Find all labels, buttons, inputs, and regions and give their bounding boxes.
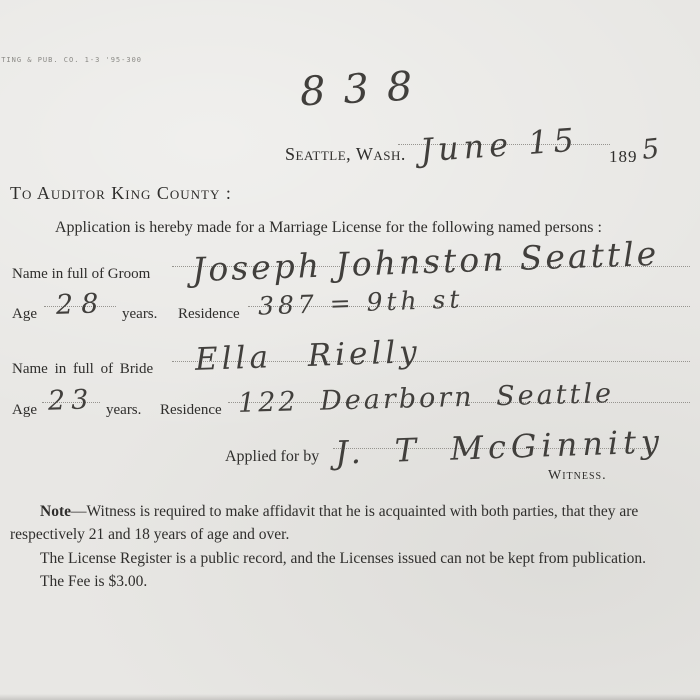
note-word: Note	[40, 503, 71, 520]
application-statement: Application is hereby made for a Marriag…	[55, 219, 602, 237]
fee-line: The Fee is $3.00.	[40, 573, 147, 591]
dateline-year-printed: 189	[609, 147, 638, 167]
dateline-date-handwritten: June 15	[419, 121, 580, 170]
bride-years-label: years.	[106, 402, 141, 419]
dateline-year-handwritten: 5	[640, 133, 662, 166]
applied-for-by-label: Applied for by	[225, 448, 319, 466]
groom-years-label: years.	[122, 306, 157, 323]
witness-signature-handwritten: J. T McGinnity	[334, 422, 664, 471]
groom-residence-handwritten: 387 = 9th st	[258, 284, 464, 320]
note-paragraph: Note—Witness is required to make affidav…	[10, 500, 692, 546]
marriage-license-application-scan: NTING & PUB. CO. 1-3 '95-300 838 Seattle…	[0, 0, 700, 700]
bride-age-label: Age	[12, 402, 37, 419]
groom-residence-label: Residence	[178, 306, 240, 323]
bride-residence-label: Residence	[160, 402, 222, 419]
printer-mark: NTING & PUB. CO. 1-3 '95-300	[0, 56, 142, 64]
register-publication-line: The License Register is a public record,…	[40, 550, 646, 568]
scan-bottom-edge	[0, 694, 700, 700]
register-number-handwritten: 838	[299, 63, 432, 116]
groom-name-handwritten: Joseph Johnston Seattle	[191, 234, 659, 289]
bride-name-label: Name in full of Bride	[12, 361, 153, 378]
bride-residence-handwritten: 122 Dearborn Seattle	[238, 378, 615, 419]
witness-label: Witness.	[548, 468, 607, 484]
bride-name-handwritten: Ella Rielly	[194, 334, 421, 378]
note-text: —Witness is required to make affidavit t…	[10, 503, 638, 543]
dateline-place-label: Seattle, Wash.	[285, 144, 406, 165]
groom-age-label: Age	[12, 306, 37, 323]
addressee-line: To Auditor King County :	[10, 183, 232, 204]
groom-age-handwritten: 28	[55, 288, 106, 321]
bride-age-handwritten: 23	[47, 384, 94, 417]
groom-name-label: Name in full of Groom	[12, 266, 150, 283]
